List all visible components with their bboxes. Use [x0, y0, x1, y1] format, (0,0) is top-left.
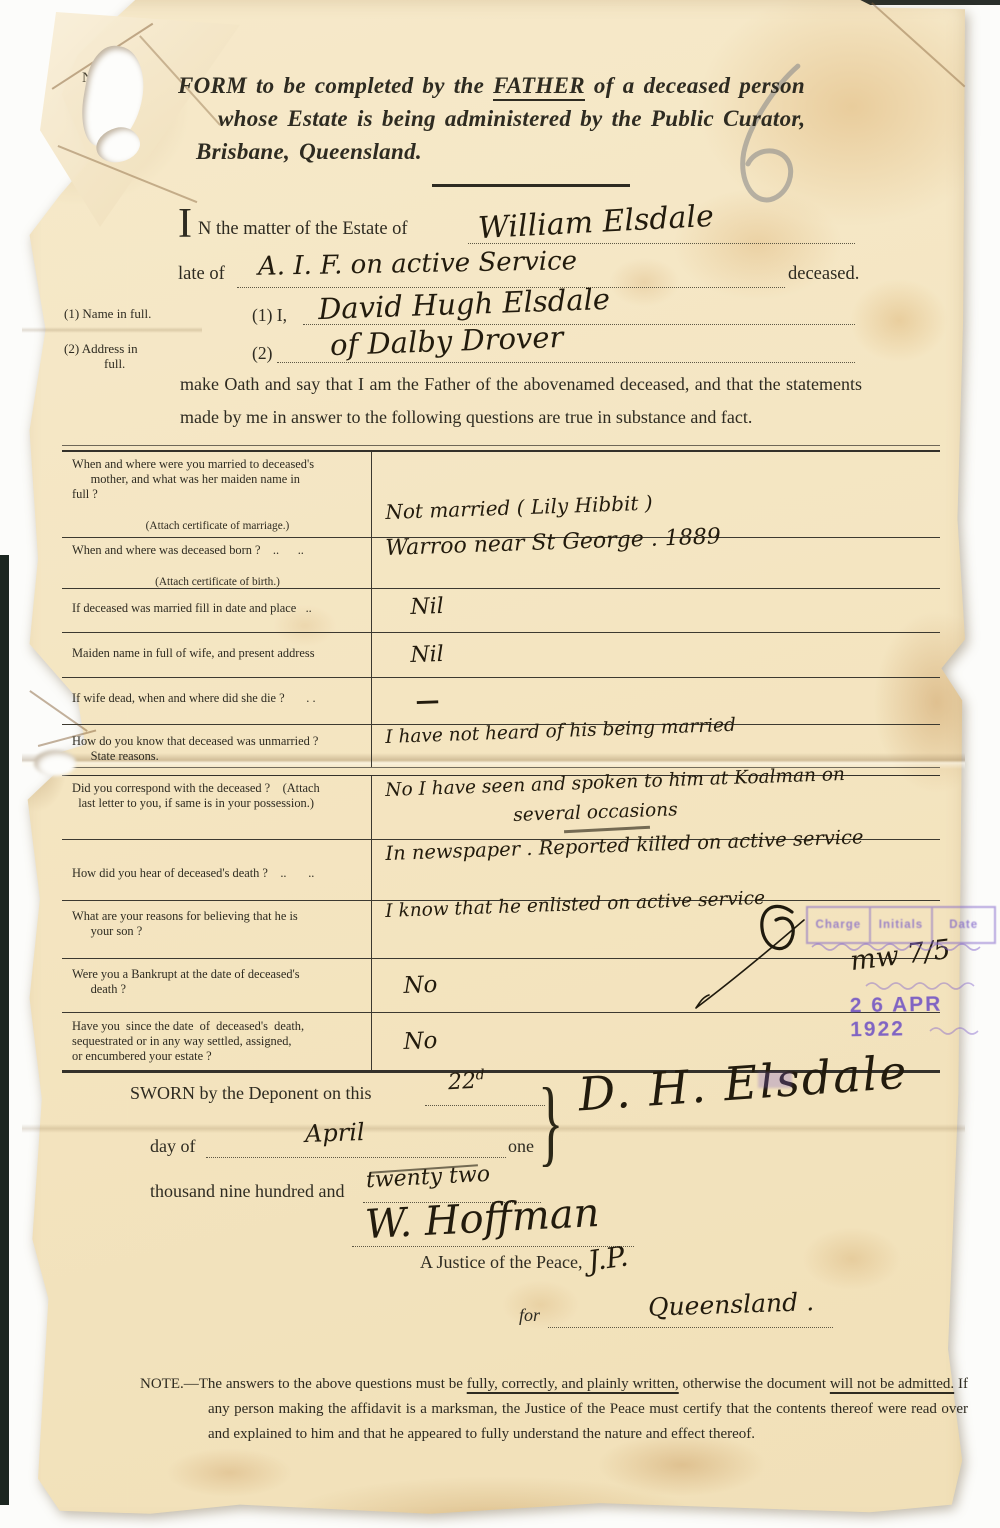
form-title-line2: whose Estate is being administered by th… — [218, 106, 805, 132]
title-text: of a deceased person — [585, 73, 805, 98]
sworn-line2: day of — [150, 1136, 195, 1157]
note-underlined: fully, correctly, and plainly written, — [467, 1376, 679, 1392]
form-title-line1: FORM to be completed by the FATHER of a … — [178, 73, 805, 99]
question-cell: If wife dead, when and where did she die… — [62, 678, 372, 724]
handwritten-late-of: A. I. F. on active Service — [258, 246, 578, 282]
question-row: If deceased was married fill in date and… — [62, 589, 940, 633]
office-stamp-box: Charge Initials Date — [806, 906, 996, 944]
answer-cell: Nil — [372, 589, 940, 632]
handwritten-answer-line2: several occasions — [513, 790, 940, 826]
fill-line — [277, 362, 855, 363]
question-text: When and where was deceased born ? .. .. — [72, 543, 304, 557]
note-text: NOTE.—The answers to the above questions… — [140, 1376, 467, 1392]
stamp-wavy-line — [866, 981, 986, 991]
handwritten-jp: J.P. — [586, 1239, 630, 1277]
sworn-one: one — [508, 1136, 534, 1157]
margin-label-1: (1) Name in full. — [64, 306, 151, 322]
stamp-initials-cell: Initials — [871, 908, 934, 942]
question-text: How did you hear of deceased's death ? .… — [72, 866, 314, 880]
fill-line — [206, 1157, 506, 1158]
date-stamp: 2 6 APR 1922 — [850, 992, 1000, 1043]
oath-paragraph: make Oath and say that I am the Father o… — [180, 368, 862, 434]
question-text: Did you correspond with the deceased ? (… — [72, 781, 320, 810]
question-cell: When and where was deceased born ? .. ..… — [62, 538, 372, 588]
question-text: What are your reasons for believing that… — [72, 909, 298, 938]
sworn-line1: SWORN by the Deponent on this — [130, 1083, 371, 1104]
question-text: How do you know that deceased was unmarr… — [72, 734, 318, 763]
heading-rule — [432, 184, 630, 187]
answer-cell: I have not heard of his being married — [372, 725, 940, 767]
question-row: How do you know that deceased was unmarr… — [62, 725, 940, 768]
table-top-thin-rule — [62, 445, 940, 446]
deceased-label: deceased. — [788, 264, 859, 285]
question-note: (Attach certificate of birth.) — [72, 575, 363, 590]
stamp-fragment — [758, 1072, 792, 1088]
question-table-upper: When and where were you married to decea… — [62, 450, 940, 768]
question-text: If wife dead, when and where did she die… — [72, 691, 316, 705]
question-text: If deceased was married fill in date and… — [72, 601, 312, 615]
question-text: Have you since the date of deceased's de… — [72, 1019, 304, 1063]
fill-line — [425, 1105, 545, 1106]
question-text: When and where were you married to decea… — [72, 457, 314, 501]
question-cell: When and where were you married to decea… — [62, 452, 372, 537]
drop-cap-I: I — [178, 203, 192, 245]
question-cell: How did you hear of deceased's death ? .… — [62, 840, 372, 900]
margin-label-2b: full. — [104, 356, 125, 372]
scanned-document-page: N FORM to be completed by the FATHER of … — [0, 0, 1000, 1528]
paper-tear-gap — [34, 750, 76, 776]
handwritten-month: April — [305, 1118, 365, 1148]
question-note: (Attach certificate of marriage.) — [72, 519, 363, 534]
stamp-date-cell: Date — [933, 908, 994, 942]
title-father-underlined: FATHER — [493, 73, 585, 101]
note-text: otherwise the document — [679, 1376, 830, 1392]
question-cell: Maiden name in full of wife, and present… — [62, 633, 372, 677]
ink-flourish — [688, 896, 820, 1018]
estate-line-label: N the matter of the Estate of — [198, 219, 408, 240]
for-label: for — [519, 1305, 540, 1326]
title-text: FORM to be completed by the — [178, 73, 493, 98]
fill-line — [548, 1327, 833, 1328]
name-line-prefix: (1) I, — [252, 305, 287, 326]
question-text: Maiden name in full of wife, and present… — [72, 646, 315, 660]
question-cell: How do you know that deceased was unmarr… — [62, 725, 372, 767]
handwritten-for-value: Queensland . — [648, 1287, 815, 1322]
late-of-label: late of — [178, 264, 225, 285]
question-cell: Did you correspond with the deceased ? (… — [62, 776, 372, 839]
fold-crease — [22, 327, 202, 333]
question-cell: If deceased was married fill in date and… — [62, 589, 372, 632]
stamp-wavy-line — [812, 942, 992, 952]
fold-crease — [22, 1124, 965, 1133]
fill-line — [303, 324, 855, 325]
question-cell: What are your reasons for believing that… — [62, 901, 372, 958]
question-cell: Have you since the date of deceased's de… — [62, 1013, 372, 1070]
address-line-prefix: (2) — [252, 343, 272, 364]
sworn-brace: } — [538, 1066, 563, 1178]
note-underlined: will not be admitted. — [830, 1376, 954, 1392]
day-suffix: d — [475, 1067, 485, 1083]
question-text: Were you a Bankrupt at the date of decea… — [72, 967, 300, 996]
question-cell: Were you a Bankrupt at the date of decea… — [62, 959, 372, 1012]
form-title-line3: Brisbane, Queensland. — [196, 139, 422, 165]
ink-scribble — [564, 826, 650, 833]
note-paragraph: NOTE.—The answers to the above questions… — [140, 1372, 968, 1447]
margin-label-2a: (2) Address in — [64, 341, 138, 357]
jp-title: A Justice of the Peace, — [420, 1252, 582, 1273]
handwritten-day: 22d — [447, 1067, 485, 1095]
handwritten-answer: Not married ( Lily Hibbit ) — [385, 481, 940, 524]
sworn-line3: thousand nine hundred and — [150, 1181, 344, 1202]
day-number: 22 — [447, 1069, 476, 1095]
